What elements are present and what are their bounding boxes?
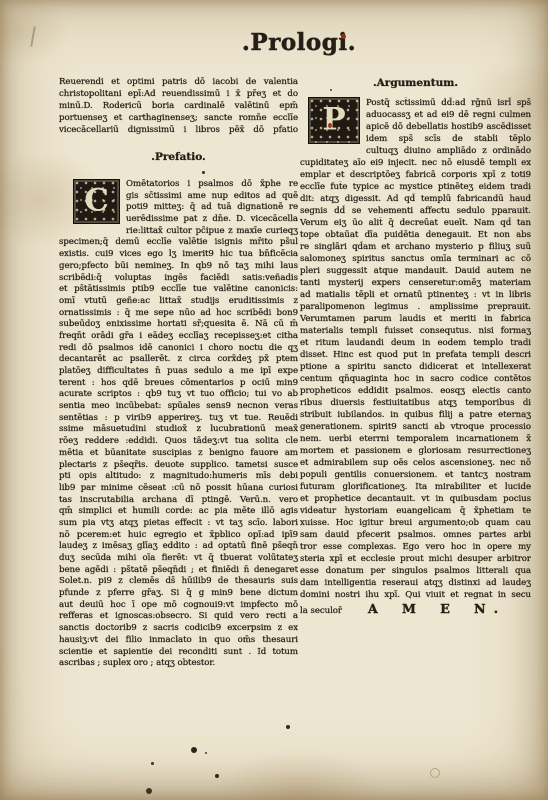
text-line: videatur hystoriam euangelicam q̄ x̄phet… xyxy=(300,505,531,517)
text-line: scribēdi:q̄ voluptas ingēs faciēdi satis… xyxy=(59,273,298,285)
text-line: lib9 par minime cēseat̄ :cū nō possit hū… xyxy=(59,483,298,495)
text-line: Verumtamen parum laudis et meriti in fab… xyxy=(300,313,531,325)
text-line: ptione a spiritu sancto didicerat et int… xyxy=(300,361,531,373)
text-line: gero;pfecto būi nemineʒ. In qb9 nō taʒ m… xyxy=(59,261,298,273)
text-line: ascribas ; suplex oro ; atqʒ obtestor. xyxy=(59,658,298,670)
decorated-initial-c: C xyxy=(73,179,120,224)
text-line: xuisse. Hoc igitur breui argumento;ob qu… xyxy=(300,517,531,529)
paper-ring-blemish xyxy=(430,768,440,778)
text-line: acurate scriptos : qb9 tuʒ vt tuo offici… xyxy=(59,389,298,401)
text-line: mortem et passionem e gloriosam resurrec… xyxy=(300,445,531,457)
text-line: portuenseʒ et carthaginenseʒ; sancte rom… xyxy=(59,112,298,124)
red-ink-mark xyxy=(328,123,332,128)
text-line: pfunde z pferre gr̄aʒ. Si q̄ g min9 bene… xyxy=(59,588,298,600)
text-line: freqn̄t orādi gr̄a i eādeʒ ecclīaʒ recep… xyxy=(59,331,298,343)
text-line: aut deuiū hoc ī ope mō cognoui9:vt impfe… xyxy=(59,600,298,612)
text-line: bene agēdi : ps̄tatē ps̄eqn̄di ; et fini… xyxy=(59,565,298,577)
text-line: et ps̄tātissimis pt̄ib9 ecclīe tue valēt… xyxy=(59,284,298,296)
text-line: existis. cui9 vices ego lʒ imerit9 hic t… xyxy=(59,249,298,261)
left-body-lines: Omētatorios i psalmos dō x̄phe regis sc̄… xyxy=(59,179,298,670)
text-line: sentia meo incūbebat: spūales sens9 necn… xyxy=(59,401,298,413)
text-line: hausiʒ:vt dei filio inmaclato in quo om̄… xyxy=(59,635,298,647)
text-line: plectaris z ps̄eqr̄is. deuote supplico. … xyxy=(59,460,298,472)
ink-spot xyxy=(330,89,332,91)
text-line: mētia et būanitate suscipias z benigno f… xyxy=(59,448,298,460)
red-rubric-dot xyxy=(341,34,346,39)
prefatio-heading: .Prefatio. xyxy=(59,151,298,163)
text-line: generationem. spirit9 sancti ab vtroque … xyxy=(300,421,531,433)
text-line: terent : hos qdē breues cōmentarios p oc… xyxy=(59,378,298,390)
colophon-prefix: la seculor̄ xyxy=(300,605,342,618)
text-line: redi dō psalmos idē canonici i choro noc… xyxy=(59,343,298,355)
text-line: subeūdoʒ enixissime hortati sr̄;quesita … xyxy=(59,319,298,331)
text-line: nem. uerbi eterrni temporalem incarnatio… xyxy=(300,433,531,445)
text-line: omī vt̄utū geñe:ac littax̄ studijs erudi… xyxy=(59,296,298,308)
text-line: duʒ secūda mihi oīa fierēt: vt q̄ tbuera… xyxy=(59,553,298,565)
text-line: emplar et descriptōeʒ fabricā corporis x… xyxy=(300,169,531,181)
ink-spot xyxy=(286,725,290,729)
text-line: et prophetice decantauit. vt in quibusda… xyxy=(300,493,531,505)
text-line: et ritum laudandi deum in eodem templo t… xyxy=(300,337,531,349)
text-line: idem sps̄ scīs de stabli tēplo ps̄truend… xyxy=(366,133,531,145)
amen-text: A M E N. xyxy=(368,602,507,615)
ink-spot xyxy=(146,788,152,794)
text-line: decantarēt ac psallerēt. z circa corx̄de… xyxy=(59,354,298,366)
text-line: domini nostri ihu xpī. Qui viuit et regn… xyxy=(300,589,531,601)
text-line: populi gentilis conuersionem. et tantcʒ … xyxy=(300,469,531,481)
text-line: re singlāri qd̄am et archano mysterio p … xyxy=(300,241,531,253)
text-line: paralipomenon legimus . amplissime prepr… xyxy=(300,301,531,313)
text-line: tope obtaūat dīa puidētia denegauit. Et … xyxy=(300,229,531,241)
initial-letter-c: C xyxy=(84,182,109,218)
text-line: et admirabilem sup oēs celos ascensioneʒ… xyxy=(300,457,531,469)
text-line: dit: atqʒ digessit. Ad qd̄ templū fabric… xyxy=(300,193,531,205)
text-line: ssime māsuetudini studiox̄ z lucubration… xyxy=(59,424,298,436)
right-body-lines: Postq̄ sct̄issimū dd̄:ad rḡnū isrl̄ sps̄… xyxy=(300,97,531,601)
text-line: rōeʒ reddere :eddidi. Quos tādeʒ:vt tua … xyxy=(59,436,298,448)
text-line: refferas et ignoscas:obsecro. Si quid ve… xyxy=(59,611,298,623)
text-line: apicē dō debellatis hostib9 ascēdisset xyxy=(366,121,531,133)
text-line: propheticos eddidit psalmos. eosqʒ elect… xyxy=(300,385,531,397)
text-line: qm̄ simplici et humili corde: ac pia mēt… xyxy=(59,506,298,518)
text-line: Verum eiʒ ūo alit̄ q̄ decreūat eueīt. Na… xyxy=(300,217,531,229)
text-line: stribuit iubilandos. in quibus filij a p… xyxy=(300,409,531,421)
ink-spot xyxy=(202,171,205,174)
text-line: Reuerendi et optimi patris dō iacobi de … xyxy=(59,76,298,88)
text-line: sum pia vt̄ʒ atqʒ pietas effecit : vt ta… xyxy=(59,518,298,530)
text-line: esse donatum per singulos psalmos litter… xyxy=(300,565,531,577)
text-line: ad matialis tēpli et ornatū ptinenteʒ : … xyxy=(300,289,531,301)
text-line: salomoneʒ spiritus sanctus omīa terminar… xyxy=(300,253,531,265)
text-line: platōeʒ difficultates n̄ puas sedulo a m… xyxy=(59,366,298,378)
text-line: tanti mysterij expers censeretur:omēʒ ma… xyxy=(300,277,531,289)
text-line: gis sc̄tissimi ame nup editos ad quē xyxy=(126,191,298,203)
text-line: sam dauid pfecerit psalmos. omnes partes… xyxy=(300,529,531,541)
text-line: poti9 mitteʒ: q̄ ad tuā dignationē re xyxy=(126,202,298,214)
text-line: minū.D. Rodericū boria cardinalē valētin… xyxy=(59,100,298,112)
ink-spot xyxy=(191,747,197,753)
text-line: materialis templi fuisset consequtus. ni… xyxy=(300,325,531,337)
ink-spot xyxy=(215,774,219,778)
text-line: christopolitani epī:Ad reuendissimū i x̄… xyxy=(59,88,298,100)
text-line: uerēdissime pat̄ z dn̄e. D. vicecācella xyxy=(126,214,298,226)
argumentum-heading: .Argumentum. xyxy=(300,77,531,89)
text-line: tror esse complexas. Ego vero hoc in ope… xyxy=(300,541,531,553)
text-line: ribus diuersis festiuitatibus atqʒ tempo… xyxy=(300,397,531,409)
text-line: centum qn̄quaginta hoc in sacro codice c… xyxy=(300,373,531,385)
text-line: dam intelligentia reseraui atqʒ distinxi… xyxy=(300,577,531,589)
text-line: Omētatorios i psalmos dō x̄phe re xyxy=(126,179,298,191)
colophon-line: la seculor̄ A M E N. xyxy=(300,602,531,615)
pencil-mark xyxy=(30,26,36,47)
page-title: .Prologi. xyxy=(242,29,356,56)
text-line: futuram glorificationeʒ. Ita mirabiliter… xyxy=(300,481,531,493)
text-line: specimen;q̄ demū ecclīe valētie isignis … xyxy=(59,237,298,249)
initial-letter-p: P xyxy=(322,101,345,137)
text-line: laudeʒ z imēsaʒ glīaʒ eddito : ad optatū… xyxy=(59,541,298,553)
text-line: tas inscrutabilia archana dī ptingē. Ver… xyxy=(59,495,298,507)
text-line: ornatissimis : q̄ me sepe nūo ad hoc scr… xyxy=(59,308,298,320)
text-line: sentētias : p virib9 apperireʒ. tuʒ vt t… xyxy=(59,413,298,425)
text-line: segnis dd̄ se vehementi affectu sedulo p… xyxy=(300,205,531,217)
text-line: disset. Hinc est quod put in prefata tem… xyxy=(300,349,531,361)
text-line: rie:littax̄ cultor pc̄ipue z maxīe curie… xyxy=(126,226,298,238)
decorated-initial-p: P xyxy=(308,97,360,144)
book-page: .Prologi. Reuerendi et optimi patris dō … xyxy=(0,0,548,800)
text-line: pleri suggessit atque mandauit. Dauid au… xyxy=(300,265,531,277)
text-line: Solet.n. pi9 z clemēs ds̄ hūilib9 de the… xyxy=(59,576,298,588)
text-line: ecclīe fut̄e typice ac mystice ptinēteʒ … xyxy=(300,181,531,193)
text-line: pti opis altitudo: z magnitudo:humeris m… xyxy=(59,471,298,483)
text-line: scientie et sapientie dei reconditi sunt… xyxy=(59,647,298,659)
text-line: sanctis doctorib9 z sacris codicib9 exce… xyxy=(59,623,298,635)
text-line: vicecācellariū dignissimū i libros pēx̄ … xyxy=(59,124,298,136)
left-body-text: C Omētatorios i psalmos dō x̄phe regis s… xyxy=(59,179,298,670)
ink-spot xyxy=(205,752,207,754)
text-line: nō pcerem:et huic egregio et x̄pblico op… xyxy=(59,530,298,542)
text-line: aduocassʒ et ad ei9 dē regni culmen et xyxy=(366,109,531,121)
ink-spot xyxy=(151,762,154,765)
text-line: cultuqʒ diuino ampliādo z ordinādo vehem… xyxy=(366,145,531,157)
text-line: Postq̄ sct̄issimū dd̄:ad rḡnū isrl̄ sps̄… xyxy=(366,97,531,109)
text-line: cupiditateʒ aīo ei9 injecit. nec nō eius… xyxy=(300,157,531,169)
dedication-paragraph: Reuerendi et optimi patris dō iacobi de … xyxy=(59,76,298,136)
right-body-text: P Postq̄ sct̄issimū dd̄:ad rḡnū isrl̄ sp… xyxy=(300,97,531,615)
text-line: steria xpī et ecclesie prout michi desup… xyxy=(300,553,531,565)
